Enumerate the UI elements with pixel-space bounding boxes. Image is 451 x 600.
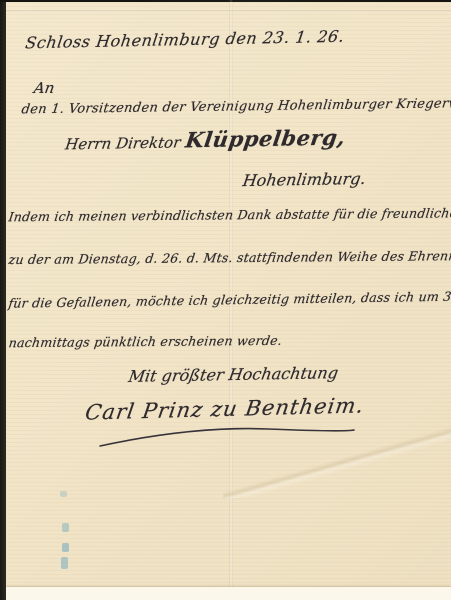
recipient-an: An [33, 79, 56, 97]
recipient-name: Klüppelberg, [184, 125, 347, 153]
recipient-place: Hohenlimburg. [242, 169, 368, 190]
ink-bleed-mark [60, 491, 67, 497]
horizontal-fold-crease [6, 10, 451, 13]
ink-bleed-mark [62, 543, 69, 552]
body-line-4: nachmittags pünktlich erscheinen werde. [8, 333, 283, 350]
scan-top-edge [0, 0, 451, 2]
ink-bleed-mark [62, 523, 69, 532]
paper-bottom-edge [6, 587, 451, 600]
recipient-title: Herrn Direktor [64, 133, 182, 153]
signature-underline-flourish [98, 418, 358, 450]
ink-bleed-mark [61, 557, 68, 569]
scanned-letter-page: Schloss Hohenlimburg den 23. 1. 26. An d… [0, 0, 451, 600]
recipient-line2: Herrn Direktor Klüppelberg, [64, 125, 347, 155]
scan-left-edge [0, 0, 6, 600]
closing-formula: Mit größter Hochachtung [127, 363, 339, 386]
